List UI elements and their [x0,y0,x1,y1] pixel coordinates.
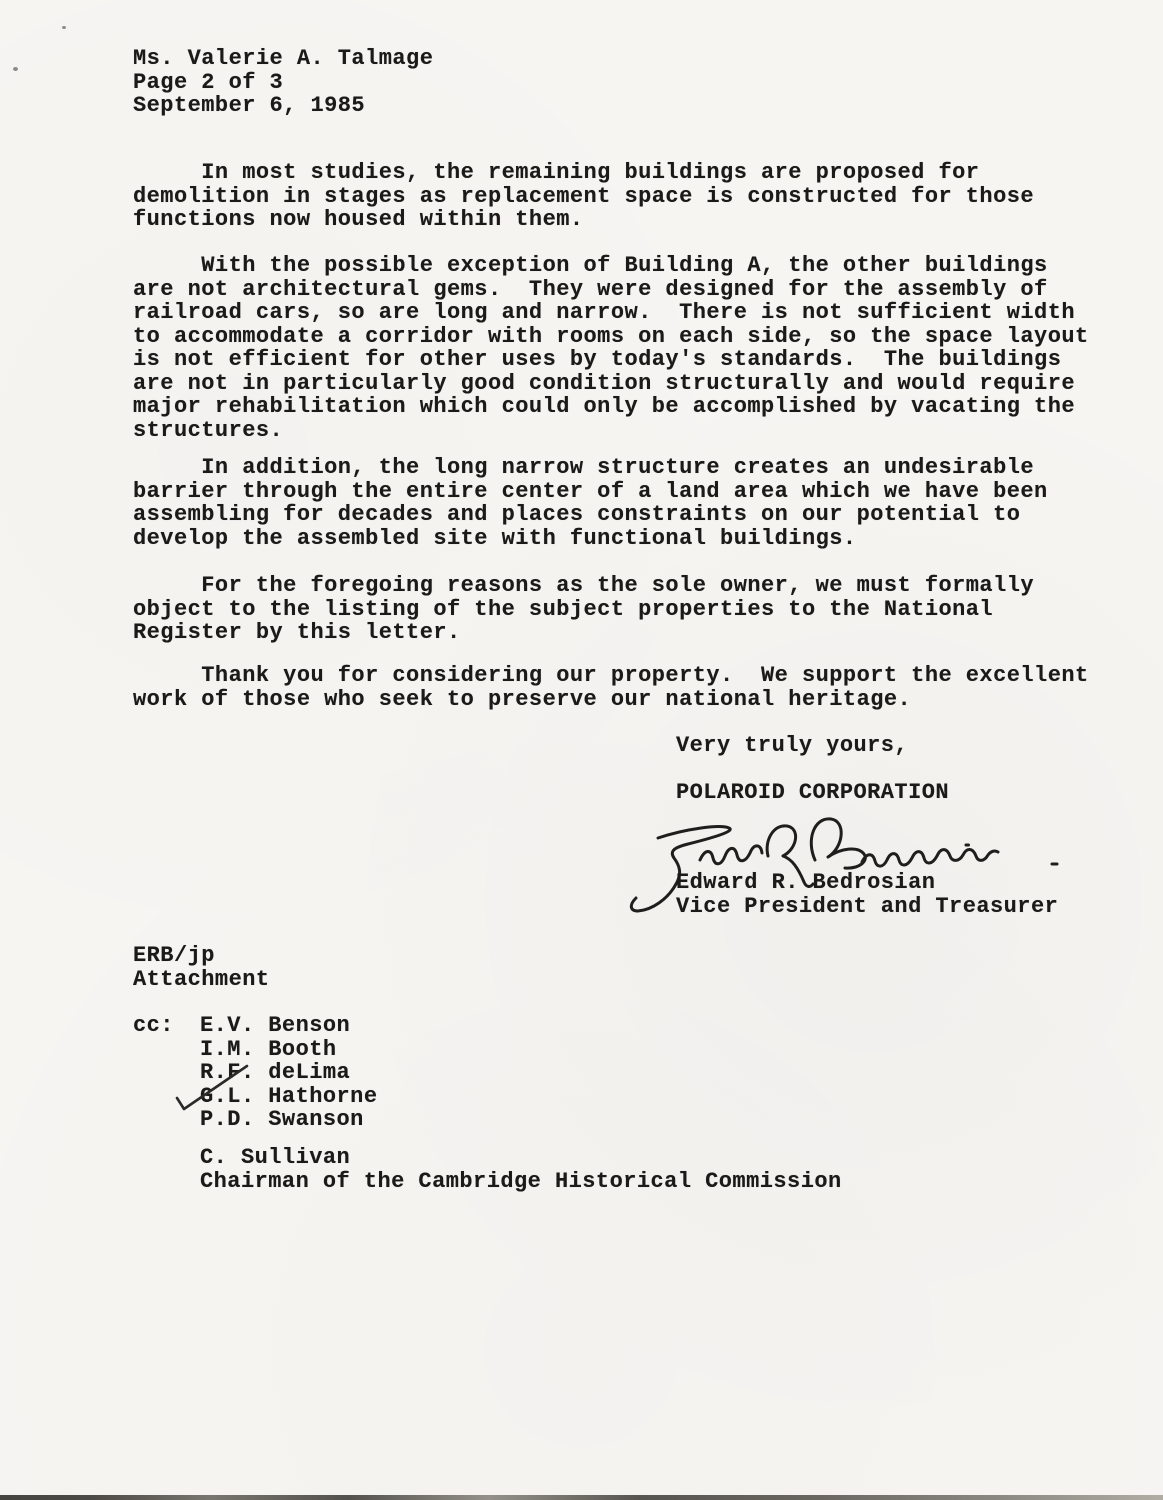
handwritten-checkmark-icon [172,1060,257,1115]
paragraph-4: For the foregoing reasons as the sole ow… [133,574,1143,645]
scan-speck [13,67,18,71]
recipient-line: Ms. Valerie A. Talmage [133,47,433,71]
scan-bottom-edge [0,1495,1163,1500]
paragraph-3: In addition, the long narrow structure c… [133,456,1143,550]
date-line: September 6, 1985 [133,94,365,118]
additional-cc-name: C. Sullivan [200,1146,350,1170]
cc-label: cc: [133,1014,174,1038]
page-number-line: Page 2 of 3 [133,71,283,95]
additional-cc-title: Chairman of the Cambridge Historical Com… [200,1170,842,1194]
letter-page: Ms. Valerie A. Talmage Page 2 of 3 Septe… [0,0,1163,1500]
signer-name: Edward R. Bedrosian [676,871,935,895]
typist-initials: ERB/jp [133,944,215,968]
cc-name: I.M. Booth [200,1038,337,1062]
valediction: Very truly yours, [676,734,908,758]
scan-speck [62,26,66,29]
cc-name: E.V. Benson [200,1014,350,1038]
paragraph-1: In most studies, the remaining buildings… [133,161,1143,232]
signer-title: Vice President and Treasurer [676,895,1058,919]
paragraph-2: With the possible exception of Building … [133,254,1143,442]
paragraph-5: Thank you for considering our property. … [133,664,1143,711]
attachment-note: Attachment [133,968,270,992]
